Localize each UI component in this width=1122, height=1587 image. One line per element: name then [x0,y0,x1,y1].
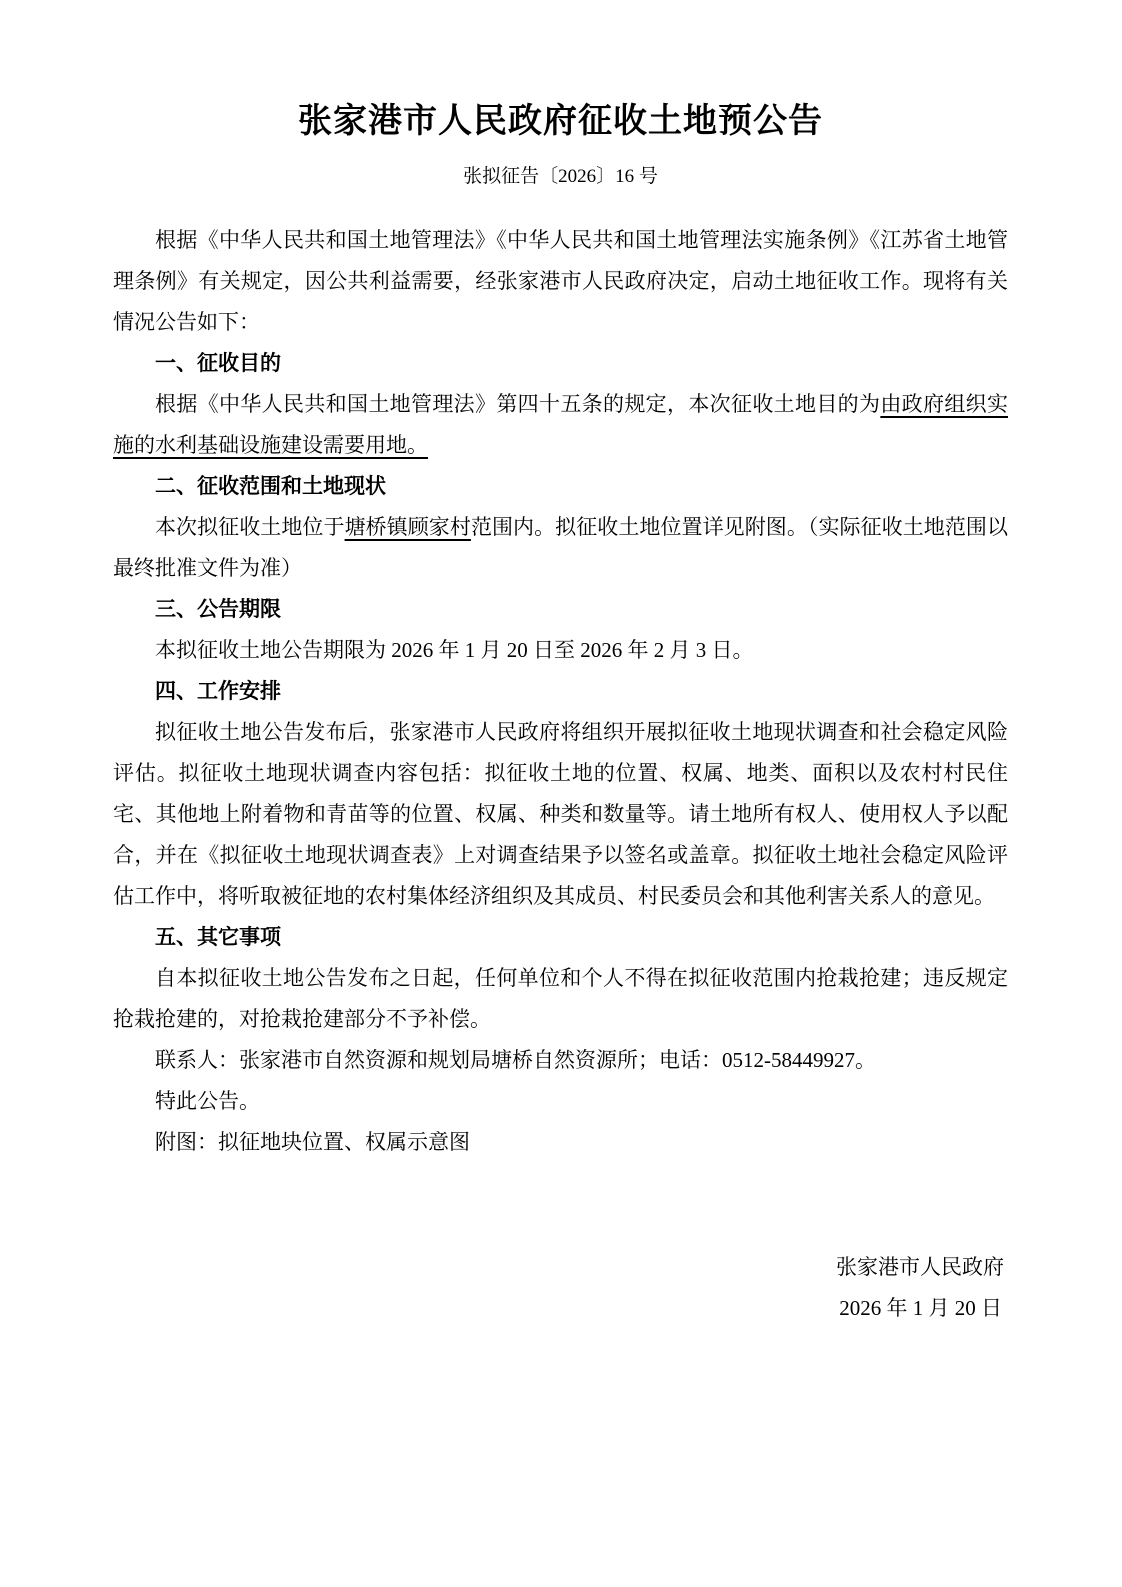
section1-heading: 一、征收目的 [113,343,1008,384]
section3-paragraph: 本拟征收土地公告期限为 2026 年 1 月 20 日至 2026 年 2 月 … [113,630,1008,671]
signature-issuer: 张家港市人民政府 [113,1247,1008,1288]
section3-heading: 三、公告期限 [113,589,1008,630]
section2-paragraph: 本次拟征收土地位于塘桥镇顾家村范围内。拟征收土地位置详见附图。（实际征收土地范围… [113,507,1008,589]
closing-line: 特此公告。 [113,1081,1008,1122]
contact-line: 联系人：张家港市自然资源和规划局塘桥自然资源所；电话：0512-58449927… [113,1040,1008,1081]
attachment-line: 附图：拟征地块位置、权属示意图 [113,1122,1008,1163]
announcement-document: 张家港市人民政府征收土地预公告 张拟征告〔2026〕16 号 根据《中华人民共和… [0,0,1122,1587]
section5-heading: 五、其它事项 [113,917,1008,958]
signature-block: 张家港市人民政府 2026 年 1 月 20 日 [113,1247,1008,1329]
intro-paragraph: 根据《中华人民共和国土地管理法》《中华人民共和国土地管理法实施条例》《江苏省土地… [113,220,1008,343]
section2-heading: 二、征收范围和土地现状 [113,466,1008,507]
section5-paragraph: 自本拟征收土地公告发布之日起，任何单位和个人不得在拟征收范围内抢栽抢建；违反规定… [113,958,1008,1040]
section2-underlined-text: 塘桥镇顾家村 [345,515,471,539]
signature-date: 2026 年 1 月 20 日 [113,1288,1008,1329]
section1-text: 根据《中华人民共和国土地管理法》第四十五条的规定，本次征收土地目的为 [155,392,880,416]
section1-paragraph: 根据《中华人民共和国土地管理法》第四十五条的规定，本次征收土地目的为由政府组织实… [113,384,1008,466]
section2-text-pre: 本次拟征收土地位于 [155,515,345,539]
document-number: 张拟征告〔2026〕16 号 [113,164,1008,190]
section4-paragraph: 拟征收土地公告发布后，张家港市人民政府将组织开展拟征收土地现状调查和社会稳定风险… [113,712,1008,917]
section4-heading: 四、工作安排 [113,671,1008,712]
page-title: 张家港市人民政府征收土地预公告 [113,100,1008,144]
